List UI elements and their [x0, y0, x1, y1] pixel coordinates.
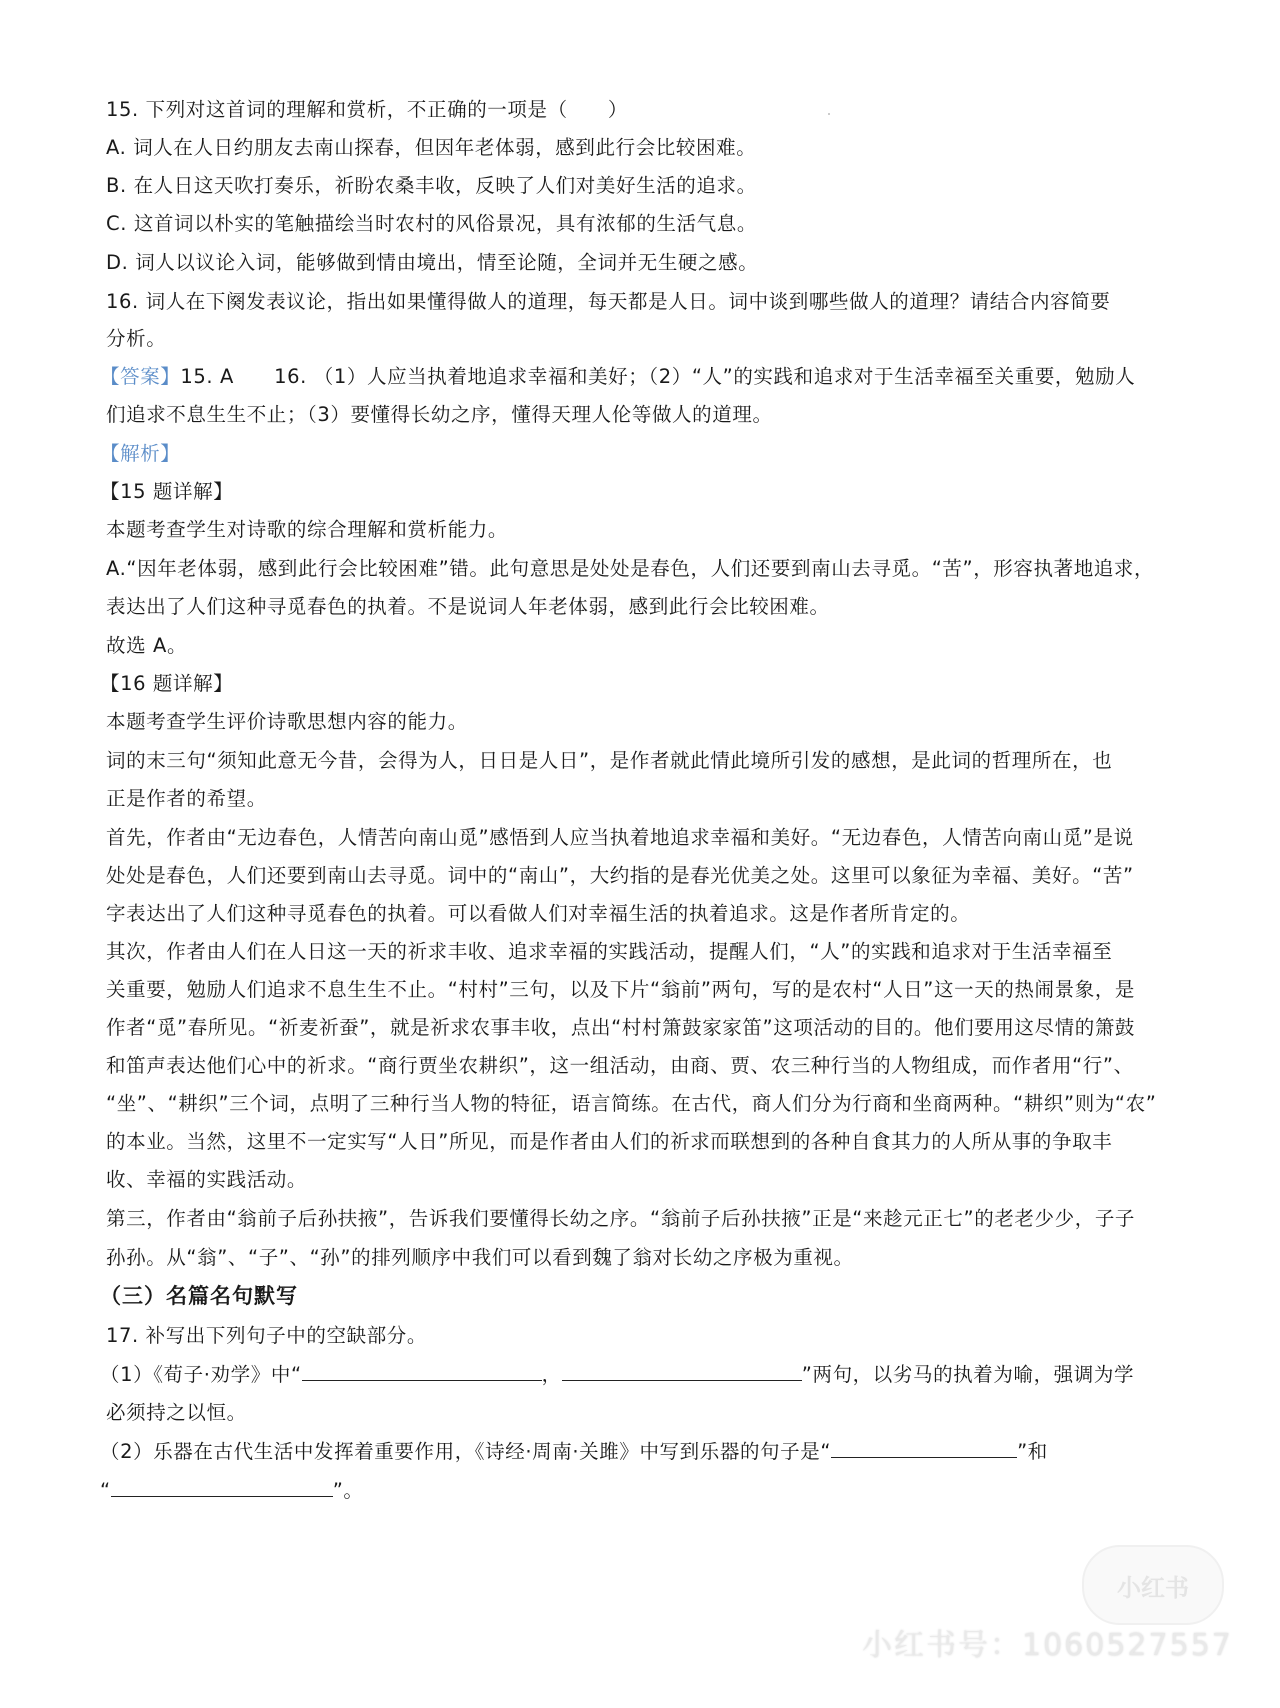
q17-item1-line1: （1）《荀子·劝学》中“，”两句，以劣马的执着为喻，强调为学	[100, 1361, 1134, 1389]
q16-detail-line: 处处是春色，人们还要到南山去寻觅。词中的“南山”，大约指的是春光优美之处。这里可…	[106, 862, 1134, 890]
q17-item1-prefix: （1）《荀子·劝学》中“	[100, 1363, 302, 1386]
q17-item2-close-quote: ”。	[333, 1479, 364, 1502]
q15-detail-line: 本题考查学生对诗歌的综合理解和赏析能力。	[106, 516, 508, 544]
answer-line1: 【答案】15. A 16. （1）人应当执着地追求幸福和美好；（2）“人”的实践…	[100, 363, 1135, 391]
q16-detail-line: 的本业。当然，这里不一定实写“人日”所见，而是作者由人们的祈求而联想到的各种自食…	[106, 1128, 1112, 1156]
q15-option-d: D. 词人以议论入词，能够做到情由境出，情至论随，全词并无生硬之感。	[106, 249, 758, 277]
q16-detail-line: 收、幸福的实践活动。	[106, 1166, 307, 1194]
section-heading: （三）名篇名句默写	[100, 1282, 298, 1310]
answer-line2: 们追求不息生生不止；（3）要懂得长幼之序，懂得天理人伦等做人的道理。	[106, 401, 773, 429]
q15-detail-line: A.“因年老体弱，感到此行会比较困难”错。此句意思是处处是春色，人们还要到南山去…	[106, 555, 1154, 583]
fill-blank-3[interactable]	[831, 1439, 1017, 1458]
q15-option-c: C. 这首词以朴实的笔触描绘当时农村的风俗景况，具有浓郁的生活气息。	[106, 210, 757, 238]
q17-item2-open-quote: “	[100, 1479, 111, 1502]
q16-detail-line: 第三，作者由“翁前子后孙扶掖”，告诉我们要懂得长幼之序。“翁前子后孙扶掖”正是“…	[106, 1205, 1135, 1233]
watermark-account: 小红书号：1060527557	[862, 1620, 1233, 1664]
q16-detail-line: 正是作者的希望。	[106, 785, 267, 813]
q16-detail-line: 作者“觅”春所见。“祈麦祈蚕”，就是祈求农事丰收，点出“村村箫鼓家家笛”这项活动…	[106, 1014, 1135, 1042]
q16-detail-line: 关重要，勉励人们追求不息生生不止。“村村”三句，以及下片“翁前”两句，写的是农村…	[106, 976, 1135, 1004]
q17-item2-suffix: ”和	[1017, 1440, 1048, 1463]
q15-detail-line: 故选 A。	[106, 632, 187, 660]
q15-option-b: B. 在人日这天吹打奏乐，祈盼农桑丰收，反映了人们对美好生活的追求。	[106, 172, 757, 200]
q15-stem: 15. 下列对这首词的理解和赏析，不正确的一项是（ ）	[106, 96, 628, 124]
q16-detail-header: 【16 题详解】	[100, 670, 233, 698]
q16-detail-line: “坐”、“耕织”三个词，点明了三种行当人物的特征，语言简练。在古代，商人们分为行…	[106, 1090, 1156, 1118]
q16-detail-line: 字表达出了人们这种寻觅春色的执着。可以看做人们对幸福生活的执着追求。这是作者所肯…	[106, 900, 970, 928]
q16-stem-line1: 16. 词人在下阕发表议论，指出如果懂得做人的道理，每天都是人日。词中谈到哪些做…	[106, 288, 1110, 316]
q16-detail-line: 其次，作者由人们在人日这一天的祈求丰收、追求幸福的实践活动，提醒人们，“人”的实…	[106, 938, 1112, 966]
q17-item1-line2: 必须持之以恒。	[106, 1399, 247, 1427]
q16-detail-line: 和笛声表达他们心中的祈求。“商行贾坐农耕织”，这一组活动，由商、贾、农三种行当的…	[106, 1052, 1134, 1080]
q17-item2-prefix: （2）乐器在古代生活中发挥着重要作用，《诗经·周南·关雎》中写到乐器的句子是“	[100, 1440, 831, 1463]
answer-tag: 【答案】	[100, 365, 180, 388]
q16-detail-line: 孙孙。从“翁”、“子”、“孙”的排列顺序中我们可以看到魏了翁对长幼之序极为重视。	[106, 1244, 854, 1272]
q15-detail-header: 【15 题详解】	[100, 478, 233, 506]
q17-item2-line2: “”。	[100, 1477, 364, 1505]
scan-speck	[828, 113, 830, 115]
q15-detail-line: 表达出了人们这种寻觅春色的执着。不是说词人年老体弱，感到此行会比较困难。	[106, 593, 830, 621]
q16-detail-line: 词的末三句“须知此意无今昔，会得为人，日日是人日”，是作者就此情此境所引发的感想…	[106, 747, 1112, 775]
q17-item1-separator: ，	[542, 1363, 562, 1386]
answer-text: 15. A 16. （1）人应当执着地追求幸福和美好；（2）“人”的实践和追求对…	[180, 365, 1135, 388]
q16-detail-line: 首先，作者由“无边春色，人情苦向南山觅”感悟到人应当执着地追求幸福和美好。“无边…	[106, 824, 1134, 852]
analysis-tag: 【解析】	[100, 440, 180, 468]
q16-detail-line: 本题考查学生评价诗歌思想内容的能力。	[106, 708, 468, 736]
q17-item1-suffix: ”两句，以劣马的执着为喻，强调为学	[802, 1363, 1134, 1386]
fill-blank-2[interactable]	[562, 1362, 802, 1381]
q17-item2-line1: （2）乐器在古代生活中发挥着重要作用，《诗经·周南·关雎》中写到乐器的句子是“”…	[100, 1438, 1048, 1466]
fill-blank-1[interactable]	[302, 1362, 542, 1381]
watermark-logo: 小红书	[1082, 1545, 1224, 1625]
q16-stem-line2: 分析。	[106, 325, 166, 353]
fill-blank-4[interactable]	[111, 1478, 333, 1497]
q15-option-a: A. 词人在人日约朋友去南山探春，但因年老体弱，感到此行会比较困难。	[106, 134, 756, 162]
q17-stem: 17. 补写出下列句子中的空缺部分。	[106, 1322, 427, 1350]
exam-page: 15. 下列对这首词的理解和赏析，不正确的一项是（ ） A. 词人在人日约朋友去…	[0, 0, 1280, 1708]
